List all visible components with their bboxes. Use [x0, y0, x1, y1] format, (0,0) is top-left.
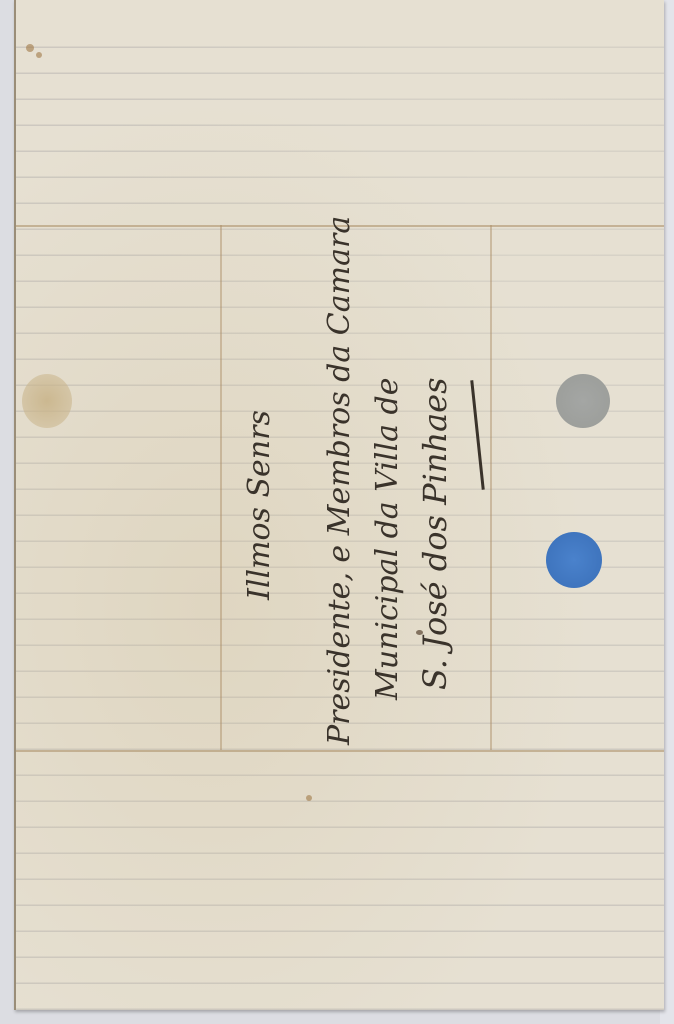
fold-line-right	[490, 225, 492, 750]
stain	[36, 52, 42, 58]
underline-flourish	[470, 380, 484, 490]
salutation-text: Illmos Senrs	[242, 410, 277, 600]
letter-sheet: Illmos Senrs Presidente, e Membros da Ca…	[14, 0, 664, 1010]
gray-seal-mark	[556, 374, 610, 428]
fold-line-bottom	[16, 750, 664, 752]
left-wax-spot	[22, 374, 72, 428]
stain	[306, 795, 312, 801]
address-line-3: S. José dos Pinhaes	[416, 377, 454, 690]
address-line-2: Municipal da Villa de	[370, 378, 405, 701]
stain	[26, 44, 34, 52]
blue-seal-mark	[546, 532, 602, 588]
address-line-1: Presidente, e Membros da Camara	[322, 216, 357, 745]
fold-line-left	[220, 225, 222, 750]
